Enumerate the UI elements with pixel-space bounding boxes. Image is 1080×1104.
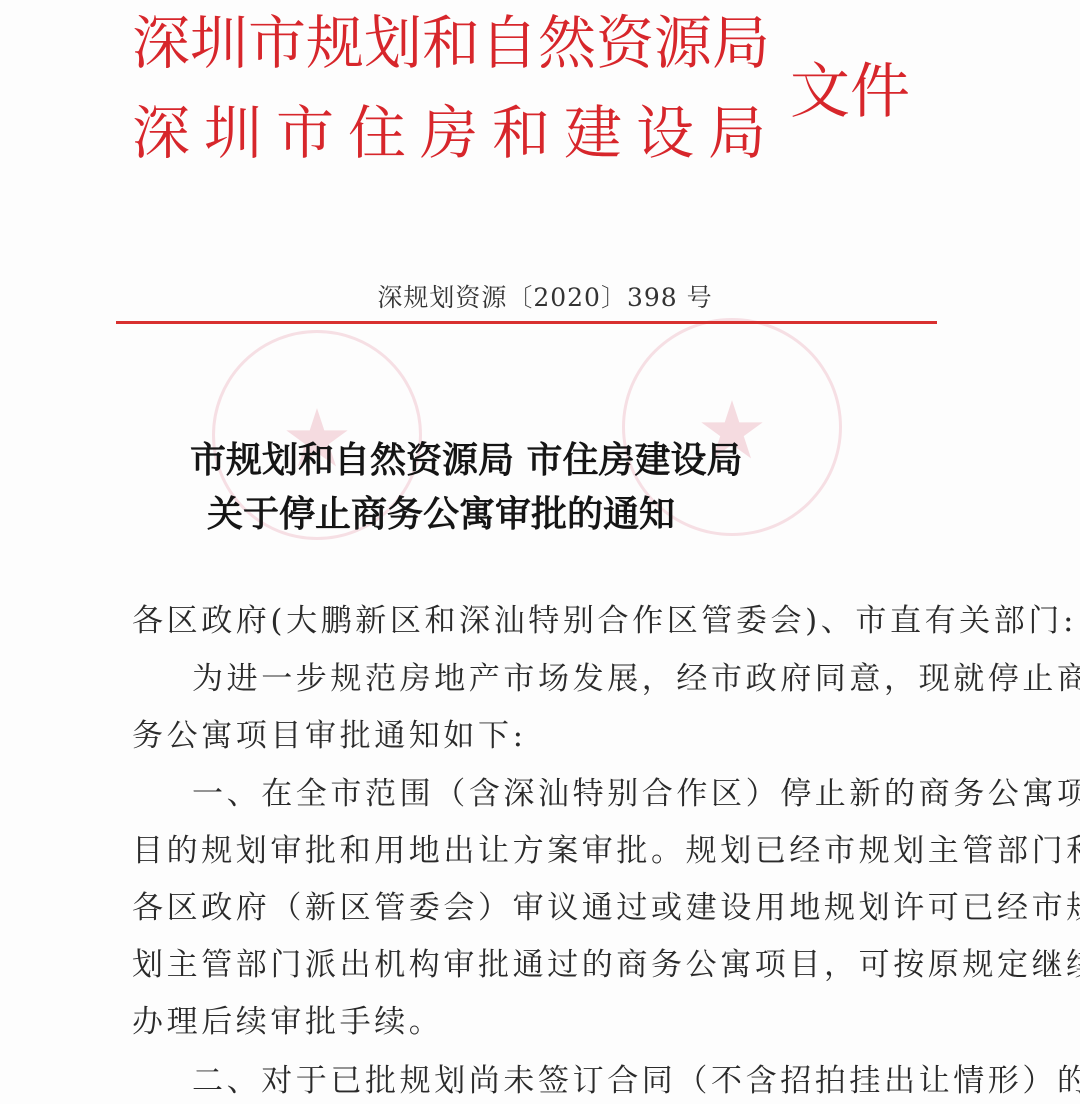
- document-title-line-1: 市规划和自然资源局 市住房建设局: [190, 442, 1080, 478]
- body-line: 办理后续审批手续。: [132, 1007, 443, 1038]
- body-line: 一、在全市范围（含深汕特别合作区）停止新的商务公寓项: [192, 779, 1080, 810]
- addressee-line: 各区政府(大鹏新区和深汕特别合作区管委会)、市直有关部门:: [132, 606, 1077, 637]
- body-line: 为进一步规范房地产市场发展，经市政府同意，现就停止商: [192, 664, 1080, 695]
- body-line: 目的规划审批和用地出让方案审批。规划已经市规划主管部门和: [132, 836, 1080, 867]
- body-line: 划主管部门派出机构审批通过的商务公寓项目，可按原规定继续: [132, 950, 1080, 981]
- document-page: ★ ★ 深圳市规划和自然资源局 深圳市住房和建设局 文件 深规划资源〔2020〕…: [0, 0, 1080, 1104]
- document-title-line-2: 关于停止商务公寓审批的通知: [207, 496, 1080, 532]
- letterhead-org-1: 深圳市规划和自然资源局: [132, 14, 770, 72]
- red-divider-line: [116, 321, 937, 324]
- body-line: 二、对于已批规划尚未签订合同（不含招拍挂出让情形）的: [192, 1066, 1080, 1097]
- letterhead-document-word: 文件: [790, 62, 910, 122]
- document-number: 深规划资源〔2020〕398 号: [0, 285, 1080, 310]
- body-line: 各区政府（新区管委会）审议通过或建设用地规划许可已经市规: [132, 893, 1080, 924]
- letterhead-org-2: 深圳市住房和建设局: [132, 104, 780, 162]
- body-line: 务公寓项目审批通知如下:: [132, 721, 527, 752]
